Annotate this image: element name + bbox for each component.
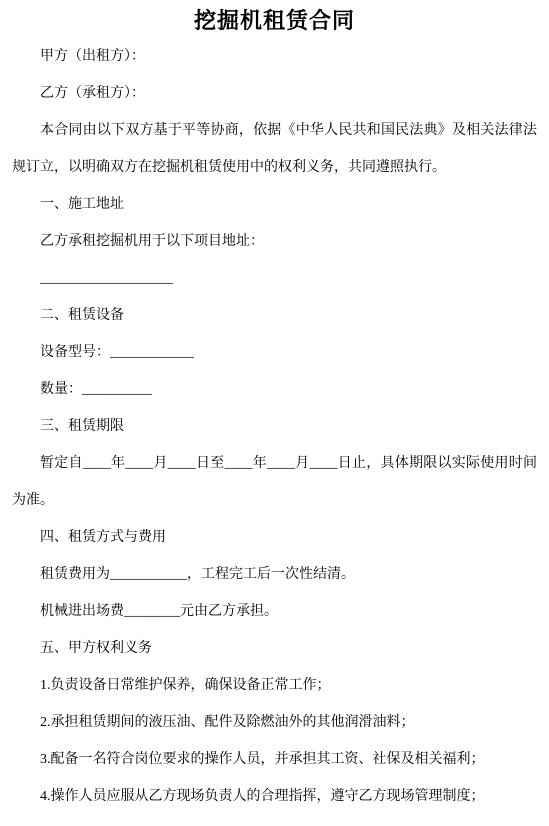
party-b-line: 乙方（承租方）： [12,75,537,112]
party-a-line: 甲方（出租方）： [12,38,537,75]
lease-term-line: 暂定自____年____月____日至____年____月____日止，具体期限… [12,445,537,519]
obligation-item-1: 1.负责设备日常维护保养，确保设备正常工作； [12,667,537,704]
contract-title-text: 挖掘机租赁合同 [194,8,355,33]
obligation-item-2: 2.承担租赁期间的液压油、配件及除燃油外的其他润滑油料； [12,704,537,741]
rental-fee-line: 租赁费用为___________，工程完工后一次性结清。 [12,556,537,593]
equipment-model-line: 设备型号：____________ [12,334,537,371]
contract-title: 挖掘机租赁合同 [12,4,537,38]
obligation-item-4: 4.操作人员应服从乙方现场负责人的合理指挥，遵守乙方现场管理制度； [12,778,537,815]
section-2-heading: 二、租赁设备 [12,297,537,334]
contract-page: 挖掘机租赁合同 甲方（出租方）： 乙方（承租方）： 本合同由以下双方基于平等协商… [0,0,549,826]
section-1-heading: 一、施工地址 [12,186,537,223]
preamble: 本合同由以下双方基于平等协商，依据《中华人民共和国民法典》及相关法律法规订立，以… [12,112,537,186]
mobilization-fee-line: 机械进出场费________元由乙方承担。 [12,593,537,630]
section-5-heading: 五、甲方权利义务 [12,630,537,667]
project-address-blank: ___________________ [12,260,537,297]
section-3-heading: 三、租赁期限 [12,408,537,445]
quantity-line: 数量：__________ [12,371,537,408]
obligation-item-3: 3.配备一名符合岗位要求的操作人员，并承担其工资、社保及相关福利； [12,741,537,778]
project-address-label: 乙方承租挖掘机用于以下项目地址： [12,223,537,260]
section-4-heading: 四、租赁方式与费用 [12,519,537,556]
